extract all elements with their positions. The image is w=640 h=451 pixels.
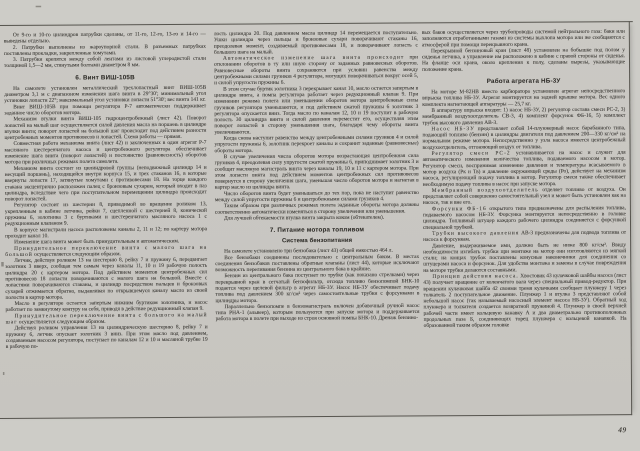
paragraph: Параллельно бензопомпе в бензомагистраль… xyxy=(215,302,419,322)
scan-speck xyxy=(3,372,5,375)
scanned-manual-page: От 9-го и 10-го цилиндров патрубки сдела… xyxy=(0,0,640,451)
paragraph: 3. Патрубки крепятся между собой лентами… xyxy=(4,55,206,69)
section-heading: 6. Винт ВИШ-105В xyxy=(4,73,206,81)
paragraph: В аппаратуру впрыска входят: 1) насос НБ… xyxy=(422,106,625,126)
scan-speck xyxy=(1,262,4,267)
section-heading: 7. Питание мотора топливом xyxy=(215,226,419,234)
paragraph-lead: Трубки высокого давления xyxy=(432,230,519,237)
section-heading: Работа агрегата НБ-3У xyxy=(422,77,625,85)
paragraph: Когда снова наступит равенство между цен… xyxy=(214,134,418,154)
paragraph: Регулятор смеси РС-2 устанавливается на … xyxy=(423,149,626,187)
paragraph: Автоматическое изменение шага винта прои… xyxy=(214,54,418,86)
scan-speck xyxy=(36,6,42,8)
page-tilt-wrapper: От 9-го и 10-го цилиндров патрубки сдела… xyxy=(0,0,640,451)
paragraph: Форсунки ФБ-16 открытого типа предназнач… xyxy=(423,205,626,231)
section-heading: Система бензопитания xyxy=(215,237,419,245)
paragraph: Совместная работа механизма винта (лист … xyxy=(4,139,206,165)
paragraph: На моторе М-82НВ вместо карбюратора уста… xyxy=(422,88,625,108)
paragraph-text: Хвостовик 43 кулачковой шайбы насоса (ли… xyxy=(423,272,626,328)
paragraph: Насос НБ-3У представляет собой 14-плунже… xyxy=(422,125,625,151)
paragraph: Принцип действия насоса. Хвостовик 43 ку… xyxy=(423,272,626,329)
page-number: 49 xyxy=(618,426,627,435)
paragraph: В этом случае буртик золотника 3 перекры… xyxy=(214,85,418,135)
paragraph: Таким образом при различных режимах поле… xyxy=(215,202,419,216)
paragraph: Регулятор состоит из шестерни 8, приводи… xyxy=(5,201,207,227)
paragraph: В случае увеличения числа оборотов мотор… xyxy=(215,152,419,190)
paragraph: Летчик, действуя роликом 13 на шестерню … xyxy=(5,256,207,300)
paragraph: Все бензобаки соединены последовательно … xyxy=(215,253,419,273)
paragraph: Мембранный воздухоотделитель отделяет то… xyxy=(423,186,626,206)
text-column-1: От 9-го и 10-го цилиндров патрубки сдела… xyxy=(4,31,208,417)
paragraph: лость цилиндра 20. Под давлением масла ц… xyxy=(214,29,418,55)
text-column-3: вых баков осуществляется через трубопров… xyxy=(422,28,627,414)
paragraph: На самолете установлен металлический тре… xyxy=(4,84,206,104)
paragraph: Давление, выдерживаемое ими, должно быть… xyxy=(423,241,626,273)
paragraph: Механизм втулки винта ВИШ-105 гидроцентр… xyxy=(4,115,206,141)
paragraph: Механизм винта состоит из цилиндровой гр… xyxy=(5,164,207,202)
text-column-2: лость цилиндра 20. Под давлением масла ц… xyxy=(214,29,420,415)
paragraph: вых баков осуществляется через трубопров… xyxy=(422,28,625,48)
paragraph: Бензин из центрального бака поступает по… xyxy=(215,272,419,304)
paragraph: Действуя роликом управления 13 на цилинд… xyxy=(6,324,208,350)
paragraph: Перекрывной бензиновый кран (лист 48) ус… xyxy=(422,47,625,73)
paragraph: Для лучшей обтекаемости втулка винта зак… xyxy=(215,214,419,221)
